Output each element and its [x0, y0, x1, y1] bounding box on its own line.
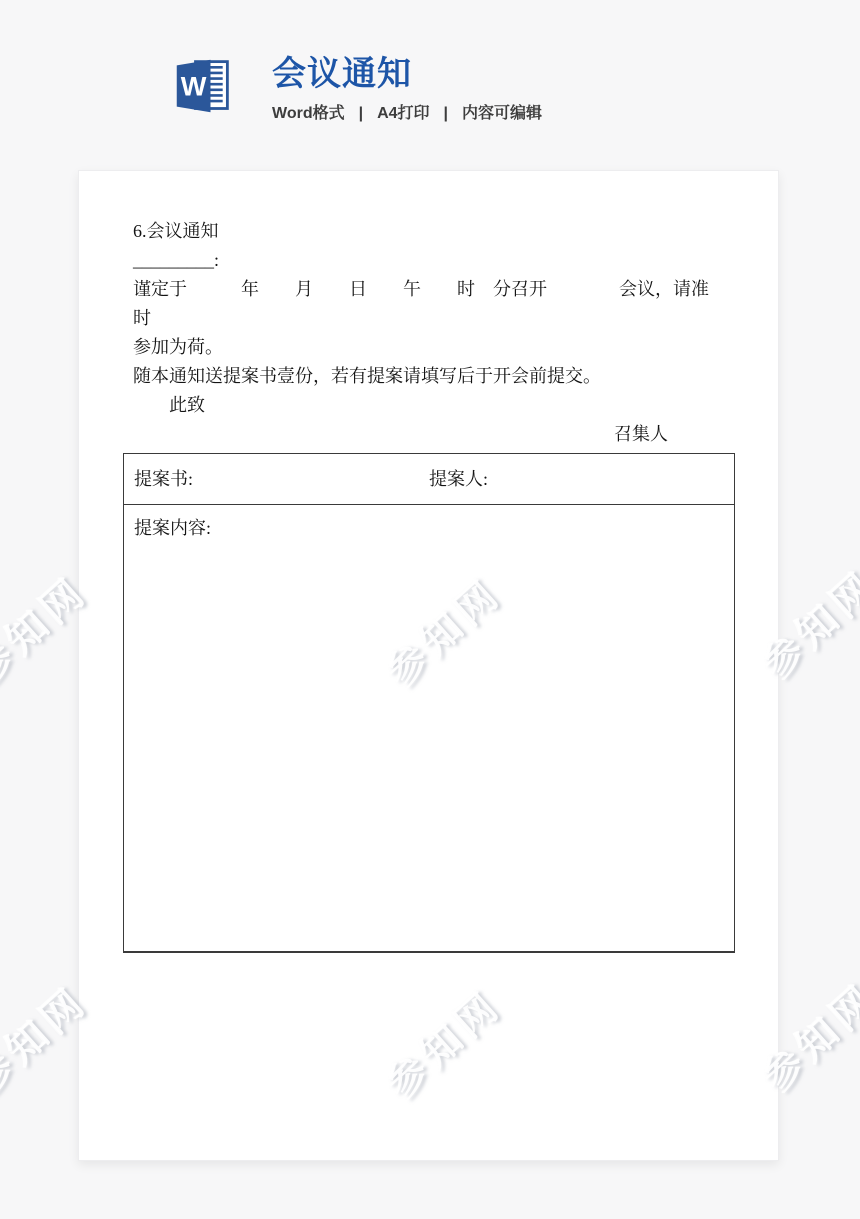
schedule-continuation: 参加为荷。 [133, 333, 725, 362]
table-header-row: 提案书: 提案人: [124, 454, 734, 505]
page-title: 会议通知 [272, 55, 542, 93]
format-word: Word格式 [272, 105, 345, 122]
convener-line: 召集人 [133, 420, 725, 449]
format-a4: A4打印 [377, 105, 429, 122]
subtitle-separator: | [359, 105, 363, 122]
template-header: W 会议通知 Word格式|A4打印|内容可编辑 [173, 55, 542, 123]
table-content-row: 提案内容: [124, 505, 734, 951]
document-content: 6.会议通知 _________: 谨定于 年 月 日 午 时 分召开 会议，请… [79, 171, 778, 953]
proposal-content-label: 提案内容: [134, 518, 211, 538]
doc-heading: 6.会议通知 [133, 217, 725, 246]
svg-text:W: W [181, 70, 207, 101]
closing-line: 此致 [133, 391, 725, 420]
header-text-block: 会议通知 Word格式|A4打印|内容可编辑 [272, 55, 542, 123]
word-file-icon: W [173, 55, 233, 117]
salutation-blank-line: _________: [133, 246, 725, 275]
proposer-label: 提案人: [429, 465, 488, 494]
schedule-line: 谨定于 年 月 日 午 时 分召开 会议，请准时 [133, 275, 725, 333]
document-page: 6.会议通知 _________: 谨定于 年 月 日 午 时 分召开 会议，请… [78, 170, 779, 1161]
notice-line: 随本通知送提案书壹份，若有提案请填写后于开会前提交。 [133, 362, 725, 391]
format-subtitle: Word格式|A4打印|内容可编辑 [272, 100, 542, 123]
subtitle-separator: | [444, 105, 448, 122]
proposal-table: 提案书: 提案人: 提案内容: [123, 453, 735, 953]
format-editable: 内容可编辑 [462, 105, 542, 122]
proposal-book-label: 提案书: [134, 465, 193, 494]
